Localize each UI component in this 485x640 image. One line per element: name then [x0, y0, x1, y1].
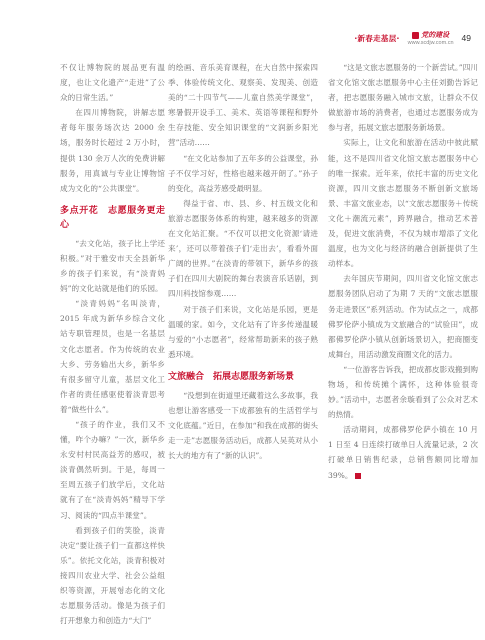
paragraph: 去年国庆节期间，四川省文化馆文旅志愿服务团队启动了为期 7 天的“文旅志愿服务走…	[328, 271, 478, 362]
paragraph: “一位游客告诉我，把成都皮影戏搬到购物场，和传统摊个满怀，这种体验很奇妙。”活动…	[328, 362, 478, 422]
paragraph: 实际上，让文化和旅游在活动中彼此赋能，这不是四川省文化馆文旅志愿服务中心的唯一探…	[328, 135, 478, 271]
party-emblem-icon	[412, 32, 419, 39]
paragraph-text: 活动期间，成都佛罗伦萨小镇在 10 月 1 日至 4 日连续打破单日人流量记录，…	[328, 425, 478, 479]
page-header: ·新春走基层· 党的建设 www.scdjw.com.cn 49	[354, 30, 471, 46]
site-url: www.scdjw.com.cn	[408, 40, 454, 46]
paragraph: “孩子的作业，我们又不懂，咋个办嘛？”一次，新华乡永安村村民高益芳的感叹，被淡青…	[60, 417, 165, 523]
paragraph: 不仅让博物院的展品更有温度，也让文化遗产“走进”了公众的日常生活。”	[60, 60, 165, 105]
paragraph-final: 活动期间，成都佛罗伦萨小镇在 10 月 1 日至 4 日连续打破单日人流量记录，…	[328, 422, 478, 482]
paragraph: “淡青妈妈”名叫淡青，2015 年成为新华乡综合文化站专职管理员，也是一名基层文…	[60, 296, 165, 417]
end-mark-icon	[355, 473, 361, 479]
article-column-2: 的绘画、音乐美育课程，在大自然中探索四季、体验传统文化、观察美、发现美、创造美的…	[168, 60, 318, 463]
publication-logo: 党的建设 www.scdjw.com.cn	[408, 30, 454, 46]
paragraph: 看到孩子们的笑脸，淡青决定“要让孩子们一直都这样快乐”。依托文化站，淡青积极对接…	[60, 523, 165, 629]
page-number: 49	[462, 33, 471, 43]
paragraph: “没想到在街道里还藏着这么多故事，我也想让游客感受一下成都独有的生活哲学与文化底…	[168, 388, 318, 463]
paragraph: “去文化站，孩子比上学还积极。”对于雅安市天全县新华乡的孩子们来说，有“淡青妈妈…	[60, 236, 165, 296]
article-column-1: 不仅让博物院的展品更有温度，也让文化遗产“走进”了公众的日常生活。” 在四川博物…	[60, 60, 165, 628]
paragraph: “在文化站参加了五年多的公益课堂，孙子不仅学习好，性格也越来越开朗了。”孙子的变…	[168, 151, 318, 196]
paragraph: 对于孩子们来说，文化站是乐园，更是温暖的家。如今，文化站有了许多传递温暖与爱的“…	[168, 302, 318, 362]
section-heading: 多点开花 志愿服务更走心	[60, 204, 165, 232]
section-heading: 文旅融合 拓展志愿服务新场景	[168, 370, 318, 384]
section-tag: ·新春走基层·	[354, 33, 399, 44]
logo-text: 党的建设	[421, 30, 449, 40]
paragraph: 的绘画、音乐美育课程，在大自然中探索四季、体验传统文化、观察美、发现美、创造美的…	[168, 60, 318, 151]
paragraph: 在四川博物院，讲解志愿者每年服务场次达 2000 余场，服务时长超过 2 万小时…	[60, 105, 165, 196]
paragraph: 得益于省、市、县、乡、村五级文化和旅游志愿服务体系的构建，越来越多的资源在文化站…	[168, 196, 318, 302]
paragraph: “这是文旅志愿服务的一个新尝试。”四川省文化馆文旅志愿服务中心主任刘勤告诉记者，…	[328, 60, 478, 135]
article-column-3: “这是文旅志愿服务的一个新尝试。”四川省文化馆文旅志愿服务中心主任刘勤告诉记者，…	[328, 60, 478, 483]
